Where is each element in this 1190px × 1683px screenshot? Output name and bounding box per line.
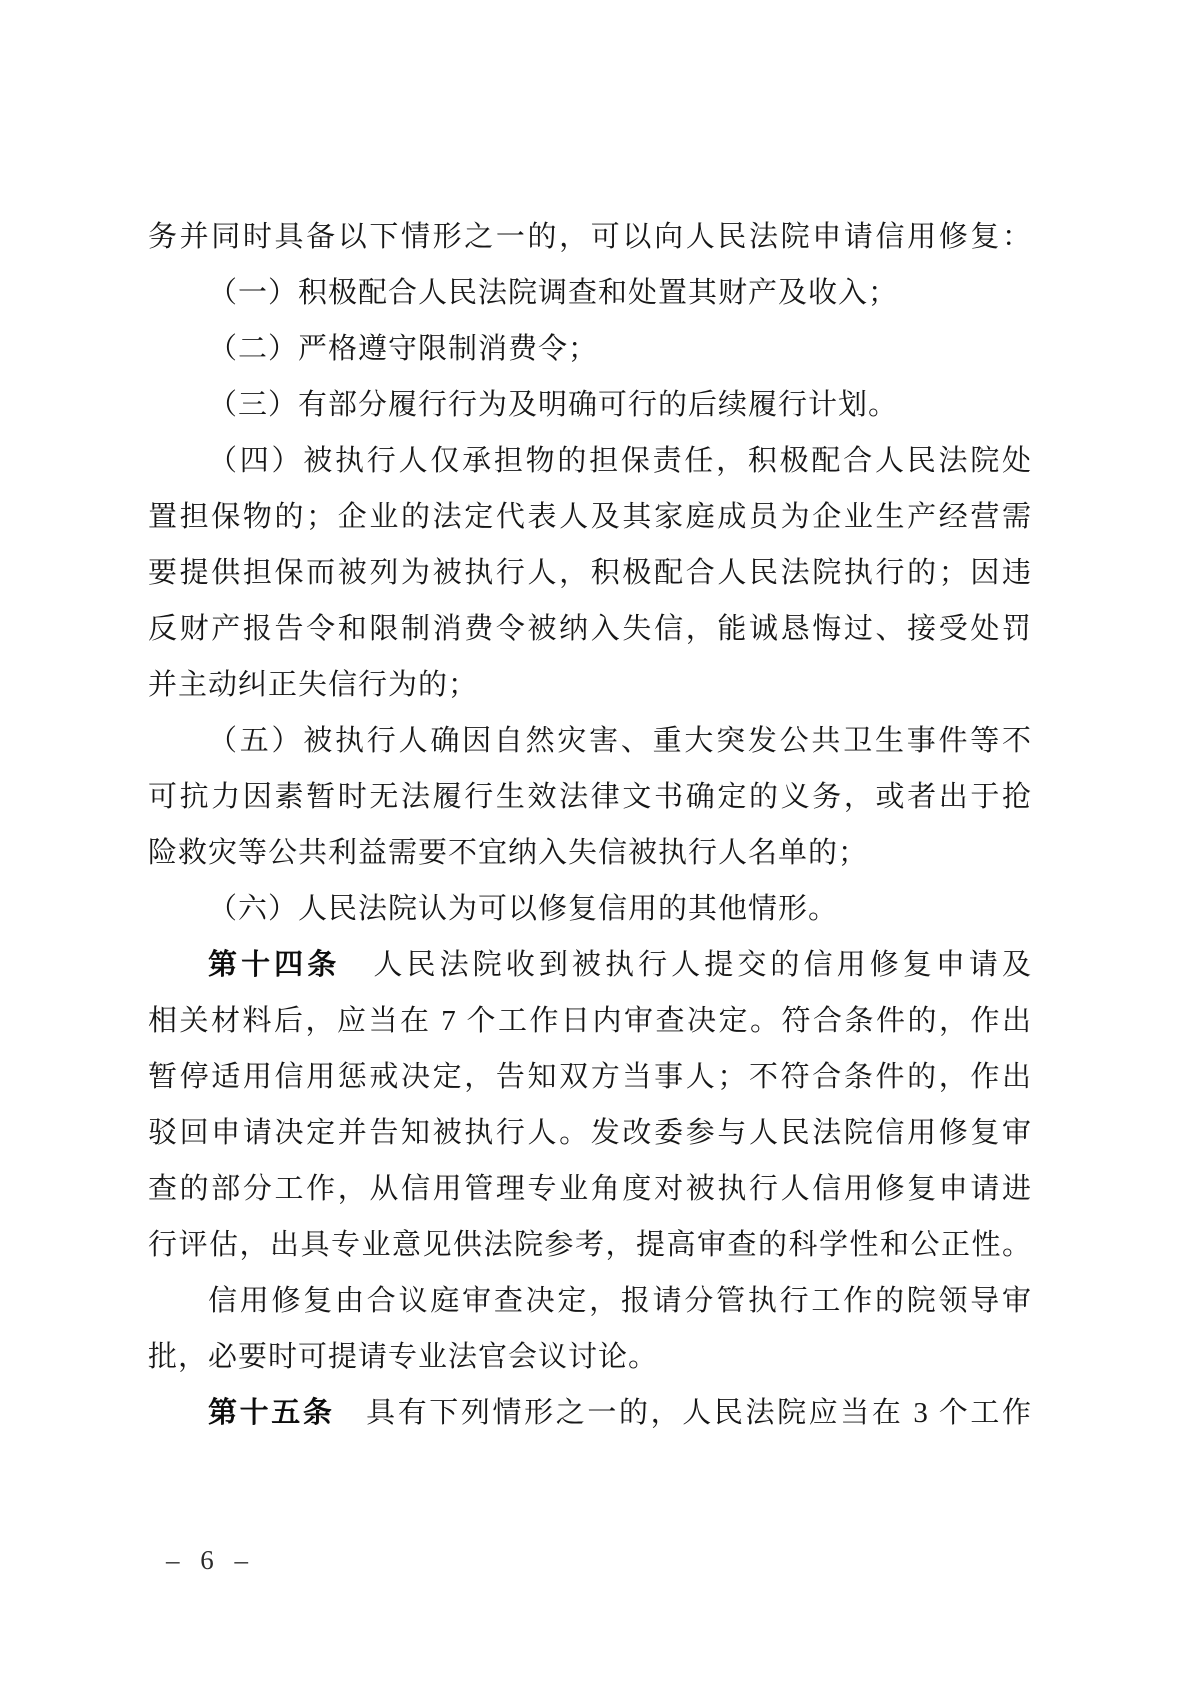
line-text: 批，必要时可提请专业法官会议讨论。	[148, 1341, 658, 1373]
line-text: 人民法院收到被执行人提交的信用修复申请及	[340, 949, 1032, 981]
line-text: 相关材料后，应当在 7 个工作日内审查决定。符合条件的，作出	[148, 1005, 1032, 1037]
text-line: 批，必要时可提请专业法官会议讨论。	[148, 1329, 1032, 1385]
line-text: （三）有部分履行行为及明确可行的后续履行计划。	[208, 389, 898, 421]
line-text: 驳回申请决定并告知被执行人。发改委参与人民法院信用修复审	[148, 1117, 1032, 1149]
text-line: 驳回申请决定并告知被执行人。发改委参与人民法院信用修复审	[148, 1105, 1032, 1161]
text-line: 务并同时具备以下情形之一的，可以向人民法院申请信用修复：	[148, 209, 1032, 265]
article-15-heading: 第十五条	[208, 1397, 334, 1429]
text-line: 并主动纠正失信行为的；	[148, 657, 1032, 713]
line-text: （二）严格遵守限制消费令；	[208, 333, 598, 365]
text-line: 险救灾等公共利益需要不宜纳入失信被执行人名单的；	[148, 825, 1032, 881]
line-text: （一）积极配合人民法院调查和处置其财产及收入；	[208, 277, 898, 309]
text-line: （四）被执行人仅承担物的担保责任，积极配合人民法院处	[148, 433, 1032, 489]
line-text: （五）被执行人确因自然灾害、重大突发公共卫生事件等不	[208, 725, 1032, 757]
text-line: （六）人民法院认为可以修复信用的其他情形。	[148, 881, 1032, 937]
text-line: 置担保物的；企业的法定代表人及其家庭成员为企业生产经营需	[148, 489, 1032, 545]
document-body: 务并同时具备以下情形之一的，可以向人民法院申请信用修复： （一）积极配合人民法院…	[148, 209, 1032, 1441]
text-line: 可抗力因素暂时无法履行生效法律文书确定的义务，或者出于抢	[148, 769, 1032, 825]
line-text: 反财产报告令和限制消费令被纳入失信，能诚恳悔过、接受处罚	[148, 613, 1032, 645]
text-line: 反财产报告令和限制消费令被纳入失信，能诚恳悔过、接受处罚	[148, 601, 1032, 657]
line-text: 要提供担保而被列为被执行人，积极配合人民法院执行的；因违	[148, 557, 1032, 589]
line-text: 置担保物的；企业的法定代表人及其家庭成员为企业生产经营需	[148, 501, 1032, 533]
document-page: 务并同时具备以下情形之一的，可以向人民法院申请信用修复： （一）积极配合人民法院…	[0, 0, 1190, 1683]
text-line: （一）积极配合人民法院调查和处置其财产及收入；	[148, 265, 1032, 321]
article-14-heading: 第十四条	[208, 949, 340, 981]
text-line: 行评估，出具专业意见供法院参考，提高审查的科学性和公正性。	[148, 1217, 1032, 1273]
line-text: （六）人民法院认为可以修复信用的其他情形。	[208, 893, 838, 925]
text-line: 相关材料后，应当在 7 个工作日内审查决定。符合条件的，作出	[148, 993, 1032, 1049]
text-line: 第十四条 人民法院收到被执行人提交的信用修复申请及	[148, 937, 1032, 993]
text-line: 查的部分工作，从信用管理专业角度对被执行人信用修复申请进	[148, 1161, 1032, 1217]
line-text: 务并同时具备以下情形之一的，可以向人民法院申请信用修复：	[148, 221, 1032, 253]
line-text: 险救灾等公共利益需要不宜纳入失信被执行人名单的；	[148, 837, 868, 869]
text-line: 要提供担保而被列为被执行人，积极配合人民法院执行的；因违	[148, 545, 1032, 601]
line-text: 信用修复由合议庭审查决定，报请分管执行工作的院领导审	[208, 1285, 1032, 1317]
text-line: （二）严格遵守限制消费令；	[148, 321, 1032, 377]
page-number: – 6 –	[166, 1540, 255, 1580]
line-text: 查的部分工作，从信用管理专业角度对被执行人信用修复申请进	[148, 1173, 1032, 1205]
text-line: （三）有部分履行行为及明确可行的后续履行计划。	[148, 377, 1032, 433]
line-text: 具有下列情形之一的，人民法院应当在 3 个工作	[334, 1397, 1032, 1429]
line-text: 行评估，出具专业意见供法院参考，提高审查的科学性和公正性。	[148, 1229, 1032, 1261]
text-line: 信用修复由合议庭审查决定，报请分管执行工作的院领导审	[148, 1273, 1032, 1329]
line-text: 并主动纠正失信行为的；	[148, 669, 478, 701]
text-line: 暂停适用信用惩戒决定，告知双方当事人；不符合条件的，作出	[148, 1049, 1032, 1105]
line-text: 暂停适用信用惩戒决定，告知双方当事人；不符合条件的，作出	[148, 1061, 1032, 1093]
line-text: 可抗力因素暂时无法履行生效法律文书确定的义务，或者出于抢	[148, 781, 1032, 813]
line-text: （四）被执行人仅承担物的担保责任，积极配合人民法院处	[208, 445, 1032, 477]
text-line: 第十五条 具有下列情形之一的，人民法院应当在 3 个工作	[148, 1385, 1032, 1441]
text-line: （五）被执行人确因自然灾害、重大突发公共卫生事件等不	[148, 713, 1032, 769]
